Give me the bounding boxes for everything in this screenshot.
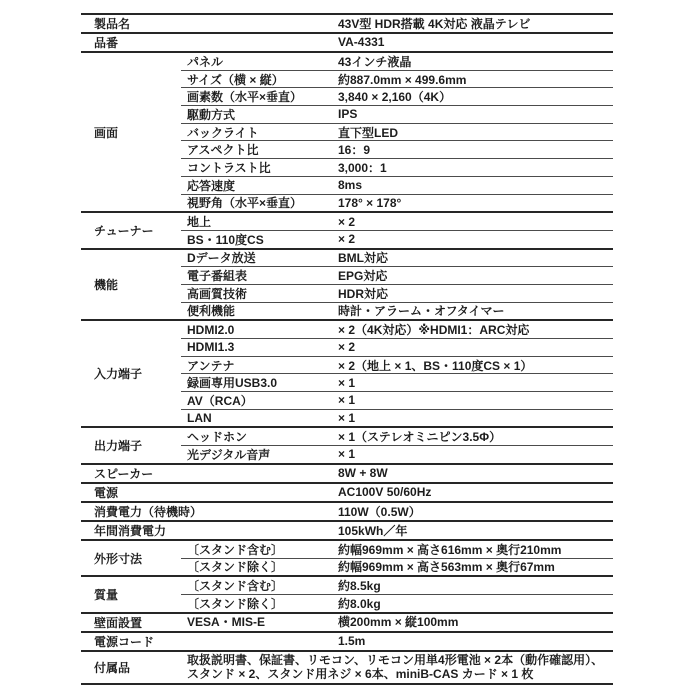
spec-row: 高画質技術HDR対応 xyxy=(181,284,613,302)
row-sublabel: 便利機能 xyxy=(181,302,334,319)
row-sublabel: 電子番組表 xyxy=(181,267,334,284)
section-rows: 〔スタンド含む〕約幅969mm × 高さ616mm × 奥行210mm〔スタンド… xyxy=(181,541,613,575)
row-value: AC100V 50/60Hz xyxy=(334,485,613,499)
spec-row: アスペクト比16：9 xyxy=(181,140,613,158)
row-value: × 2 xyxy=(334,215,613,229)
section-rows: 1.5m xyxy=(334,633,613,650)
row-sublabel: パネル xyxy=(181,53,334,70)
row-sublabel: LAN xyxy=(181,411,334,425)
spec-row: サイズ（横 × 縦）約887.0mm × 499.6mm xyxy=(181,70,613,88)
row-value: 8ms xyxy=(334,178,613,192)
row-value: × 2 xyxy=(334,232,613,246)
spec-section: 電源コード1.5m xyxy=(81,631,613,650)
section-label: 出力端子 xyxy=(81,428,181,462)
spec-row: 105kWh／年 xyxy=(334,522,613,539)
spec-row: 〔スタンド含む〕約幅969mm × 高さ616mm × 奥行210mm xyxy=(181,541,613,558)
section-label: 消費電力（待機時） xyxy=(81,503,334,520)
section-label: 入力端子 xyxy=(81,321,181,426)
section-rows: AC100V 50/60Hz xyxy=(334,484,613,501)
row-sublabel: HDMI2.0 xyxy=(181,323,334,337)
row-sublabel: アスペクト比 xyxy=(181,141,334,158)
section-label: 壁面設置 xyxy=(81,614,181,631)
row-value: HDR対応 xyxy=(334,285,613,302)
row-sublabel: Dデータ放送 xyxy=(181,249,334,266)
spec-section: 出力端子ヘッドホン× 1（ステレオミニピン3.5Φ）光デジタル音声× 1 xyxy=(81,426,613,462)
row-value: BML対応 xyxy=(334,249,613,266)
row-value: 3,000：1 xyxy=(334,159,613,176)
spec-section: 外形寸法〔スタンド含む〕約幅969mm × 高さ616mm × 奥行210mm〔… xyxy=(81,539,613,575)
spec-row: 〔スタンド除く〕約幅969mm × 高さ563mm × 奥行67mm xyxy=(181,558,613,576)
section-label: 付属品 xyxy=(81,652,181,683)
row-value: IPS xyxy=(334,107,613,121)
row-value: 時計・アラーム・オフタイマー xyxy=(334,302,613,319)
spec-section: 壁面設置VESA・MIS-E横200mm × 縦100mm xyxy=(81,612,613,631)
spec-row: Dデータ放送BML対応 xyxy=(181,250,613,267)
row-sublabel: BS・110度CS xyxy=(181,231,334,248)
row-value: × 2 xyxy=(334,340,613,354)
row-sublabel: 録画専用USB3.0 xyxy=(181,374,334,391)
spec-row: 電子番組表EPG対応 xyxy=(181,266,613,284)
spec-row: 取扱説明書、保証書、リモコン、リモコン用単4形電池 × 2本（動作確認用）、スタ… xyxy=(181,652,613,683)
spec-row: 光デジタル音声× 1 xyxy=(181,445,613,463)
section-label: 外形寸法 xyxy=(81,541,181,575)
row-sublabel: 駆動方式 xyxy=(181,106,334,123)
spec-section: 消費電力（待機時）110W（0.5W） xyxy=(81,501,613,520)
row-sublabel: バックライト xyxy=(181,124,334,141)
section-label: 質量 xyxy=(81,577,181,611)
row-value: × 1 xyxy=(334,411,613,425)
spec-section: 画面パネル43インチ液晶サイズ（横 × 縦）約887.0mm × 499.6mm… xyxy=(81,51,613,211)
spec-row: 視野角（水平×垂直）178° × 178° xyxy=(181,194,613,212)
row-sublabel: サイズ（横 × 縦） xyxy=(181,71,334,88)
section-rows: 43V型 HDR搭載 4K対応 液晶テレビ xyxy=(334,15,613,32)
row-sublabel: 視野角（水平×垂直） xyxy=(181,194,334,211)
spec-section: 入力端子HDMI2.0× 2（4K対応）※HDMI1：ARC対応HDMI1.3×… xyxy=(81,319,613,426)
row-value: 43V型 HDR搭載 4K対応 液晶テレビ xyxy=(334,15,613,32)
row-sublabel: HDMI1.3 xyxy=(181,340,334,354)
spec-row: 8W + 8W xyxy=(334,465,613,482)
spec-row: バックライト直下型LED xyxy=(181,123,613,141)
spec-section: 質量〔スタンド含む〕約8.5kg〔スタンド除く〕約8.0kg xyxy=(81,575,613,611)
row-value: 3,840 × 2,160（4K） xyxy=(334,88,613,105)
spec-row: 駆動方式IPS xyxy=(181,105,613,123)
row-sublabel: VESA・MIS-E xyxy=(181,613,334,630)
section-label: 電源 xyxy=(81,484,334,501)
section-label: 品番 xyxy=(81,34,334,51)
row-value: 横200mm × 縦100mm xyxy=(334,613,613,630)
section-label: 製品名 xyxy=(81,15,334,32)
spec-row: 画素数（水平×垂直）3,840 × 2,160（4K） xyxy=(181,87,613,105)
row-value: 110W（0.5W） xyxy=(334,503,613,520)
section-rows: 8W + 8W xyxy=(334,465,613,482)
row-sublabel: 光デジタル音声 xyxy=(181,446,334,463)
spec-section: チューナー地上× 2BS・110度CS× 2 xyxy=(81,211,613,247)
spec-row: 〔スタンド除く〕約8.0kg xyxy=(181,594,613,612)
spec-row: LAN× 1 xyxy=(181,409,613,427)
row-sublabel: 地上 xyxy=(181,213,334,230)
section-label: 年間消費電力 xyxy=(81,522,334,539)
spec-section: 年間消費電力105kWh／年 xyxy=(81,520,613,539)
spec-row: ヘッドホン× 1（ステレオミニピン3.5Φ） xyxy=(181,428,613,445)
row-value: EPG対応 xyxy=(334,267,613,284)
section-label: チューナー xyxy=(81,213,181,247)
spec-section: 機能Dデータ放送BML対応電子番組表EPG対応高画質技術HDR対応便利機能時計・… xyxy=(81,248,613,320)
tv-spec-table: 製品名43V型 HDR搭載 4K対応 液晶テレビ品番VA-4331画面パネル43… xyxy=(81,13,613,685)
section-label: スピーカー xyxy=(81,465,334,482)
spec-row: アンテナ× 2（地上 × 1、BS・110度CS × 1） xyxy=(181,356,613,374)
row-value: × 1 xyxy=(334,393,613,407)
spec-row: パネル43インチ液晶 xyxy=(181,53,613,70)
row-sublabel: AV（RCA） xyxy=(181,392,334,409)
row-value-line: スタンド × 2、スタンド用ネジ × 6本、miniB-CAS カード × 1 … xyxy=(187,667,613,681)
spec-row: 録画専用USB3.0× 1 xyxy=(181,373,613,391)
spec-row: 応答速度8ms xyxy=(181,176,613,194)
row-value: × 2（4K対応）※HDMI1：ARC対応 xyxy=(334,321,613,338)
row-value: 43インチ液晶 xyxy=(334,53,613,70)
spec-row: コントラスト比3,000：1 xyxy=(181,158,613,176)
row-value: × 2（地上 × 1、BS・110度CS × 1） xyxy=(334,357,613,374)
row-sublabel: 〔スタンド除く〕 xyxy=(181,558,334,575)
row-sublabel: コントラスト比 xyxy=(181,159,334,176)
section-rows: 〔スタンド含む〕約8.5kg〔スタンド除く〕約8.0kg xyxy=(181,577,613,611)
spec-row: HDMI2.0× 2（4K対応）※HDMI1：ARC対応 xyxy=(181,321,613,338)
spec-row: 地上× 2 xyxy=(181,213,613,230)
row-value: VA-4331 xyxy=(334,35,613,49)
section-rows: 105kWh／年 xyxy=(334,522,613,539)
row-value: 約幅969mm × 高さ563mm × 奥行67mm xyxy=(334,558,613,575)
row-sublabel: ヘッドホン xyxy=(181,428,334,445)
row-sublabel: 高画質技術 xyxy=(181,285,334,302)
row-sublabel: アンテナ xyxy=(181,357,334,374)
section-rows: VA-4331 xyxy=(334,34,613,51)
section-rows: 110W（0.5W） xyxy=(334,503,613,520)
spec-row: 110W（0.5W） xyxy=(334,503,613,520)
row-sublabel: 〔スタンド含む〕 xyxy=(181,541,334,558)
row-value: 1.5m xyxy=(334,634,613,648)
spec-row: BS・110度CS× 2 xyxy=(181,230,613,248)
spec-row: VESA・MIS-E横200mm × 縦100mm xyxy=(181,614,613,631)
spec-row: AC100V 50/60Hz xyxy=(334,484,613,501)
row-value: × 1 xyxy=(334,447,613,461)
row-value: × 1 xyxy=(334,376,613,390)
spec-row: VA-4331 xyxy=(334,34,613,51)
row-value-line: 取扱説明書、保証書、リモコン、リモコン用単4形電池 × 2本（動作確認用）、 xyxy=(187,653,613,667)
row-value: 約887.0mm × 499.6mm xyxy=(334,71,613,88)
row-value: 178° × 178° xyxy=(334,196,613,210)
row-value: 8W + 8W xyxy=(334,466,613,480)
spec-row: HDMI1.3× 2 xyxy=(181,338,613,356)
spec-section: 品番VA-4331 xyxy=(81,32,613,51)
section-rows: 取扱説明書、保証書、リモコン、リモコン用単4形電池 × 2本（動作確認用）、スタ… xyxy=(181,652,613,683)
spec-row: 43V型 HDR搭載 4K対応 液晶テレビ xyxy=(334,15,613,32)
section-label: 画面 xyxy=(81,53,181,211)
section-rows: パネル43インチ液晶サイズ（横 × 縦）約887.0mm × 499.6mm画素… xyxy=(181,53,613,211)
spec-section: 電源AC100V 50/60Hz xyxy=(81,482,613,501)
spec-section: スピーカー8W + 8W xyxy=(81,463,613,482)
row-value: × 1（ステレオミニピン3.5Φ） xyxy=(334,428,613,445)
row-value: 取扱説明書、保証書、リモコン、リモコン用単4形電池 × 2本（動作確認用）、スタ… xyxy=(181,653,613,681)
section-rows: VESA・MIS-E横200mm × 縦100mm xyxy=(181,614,613,631)
section-rows: Dデータ放送BML対応電子番組表EPG対応高画質技術HDR対応便利機能時計・アラ… xyxy=(181,250,613,320)
row-value: 約8.5kg xyxy=(334,577,613,594)
row-value: 直下型LED xyxy=(334,124,613,141)
row-sublabel: 〔スタンド除く〕 xyxy=(181,595,334,612)
spec-section: 製品名43V型 HDR搭載 4K対応 液晶テレビ xyxy=(81,15,613,32)
section-rows: ヘッドホン× 1（ステレオミニピン3.5Φ）光デジタル音声× 1 xyxy=(181,428,613,462)
spec-row: 〔スタンド含む〕約8.5kg xyxy=(181,577,613,594)
row-sublabel: 〔スタンド含む〕 xyxy=(181,577,334,594)
spec-row: 便利機能時計・アラーム・オフタイマー xyxy=(181,302,613,320)
section-rows: 地上× 2BS・110度CS× 2 xyxy=(181,213,613,247)
row-value: 105kWh／年 xyxy=(334,522,613,539)
section-label: 電源コード xyxy=(81,633,334,650)
row-sublabel: 応答速度 xyxy=(181,177,334,194)
row-sublabel: 画素数（水平×垂直） xyxy=(181,88,334,105)
spec-section: 付属品取扱説明書、保証書、リモコン、リモコン用単4形電池 × 2本（動作確認用）… xyxy=(81,650,613,683)
spec-row: 1.5m xyxy=(334,633,613,650)
spec-row: AV（RCA）× 1 xyxy=(181,391,613,409)
row-value: 約幅969mm × 高さ616mm × 奥行210mm xyxy=(334,541,613,558)
section-label: 機能 xyxy=(81,250,181,320)
section-rows: HDMI2.0× 2（4K対応）※HDMI1：ARC対応HDMI1.3× 2アン… xyxy=(181,321,613,426)
row-value: 16：9 xyxy=(334,141,613,158)
row-value: 約8.0kg xyxy=(334,595,613,612)
